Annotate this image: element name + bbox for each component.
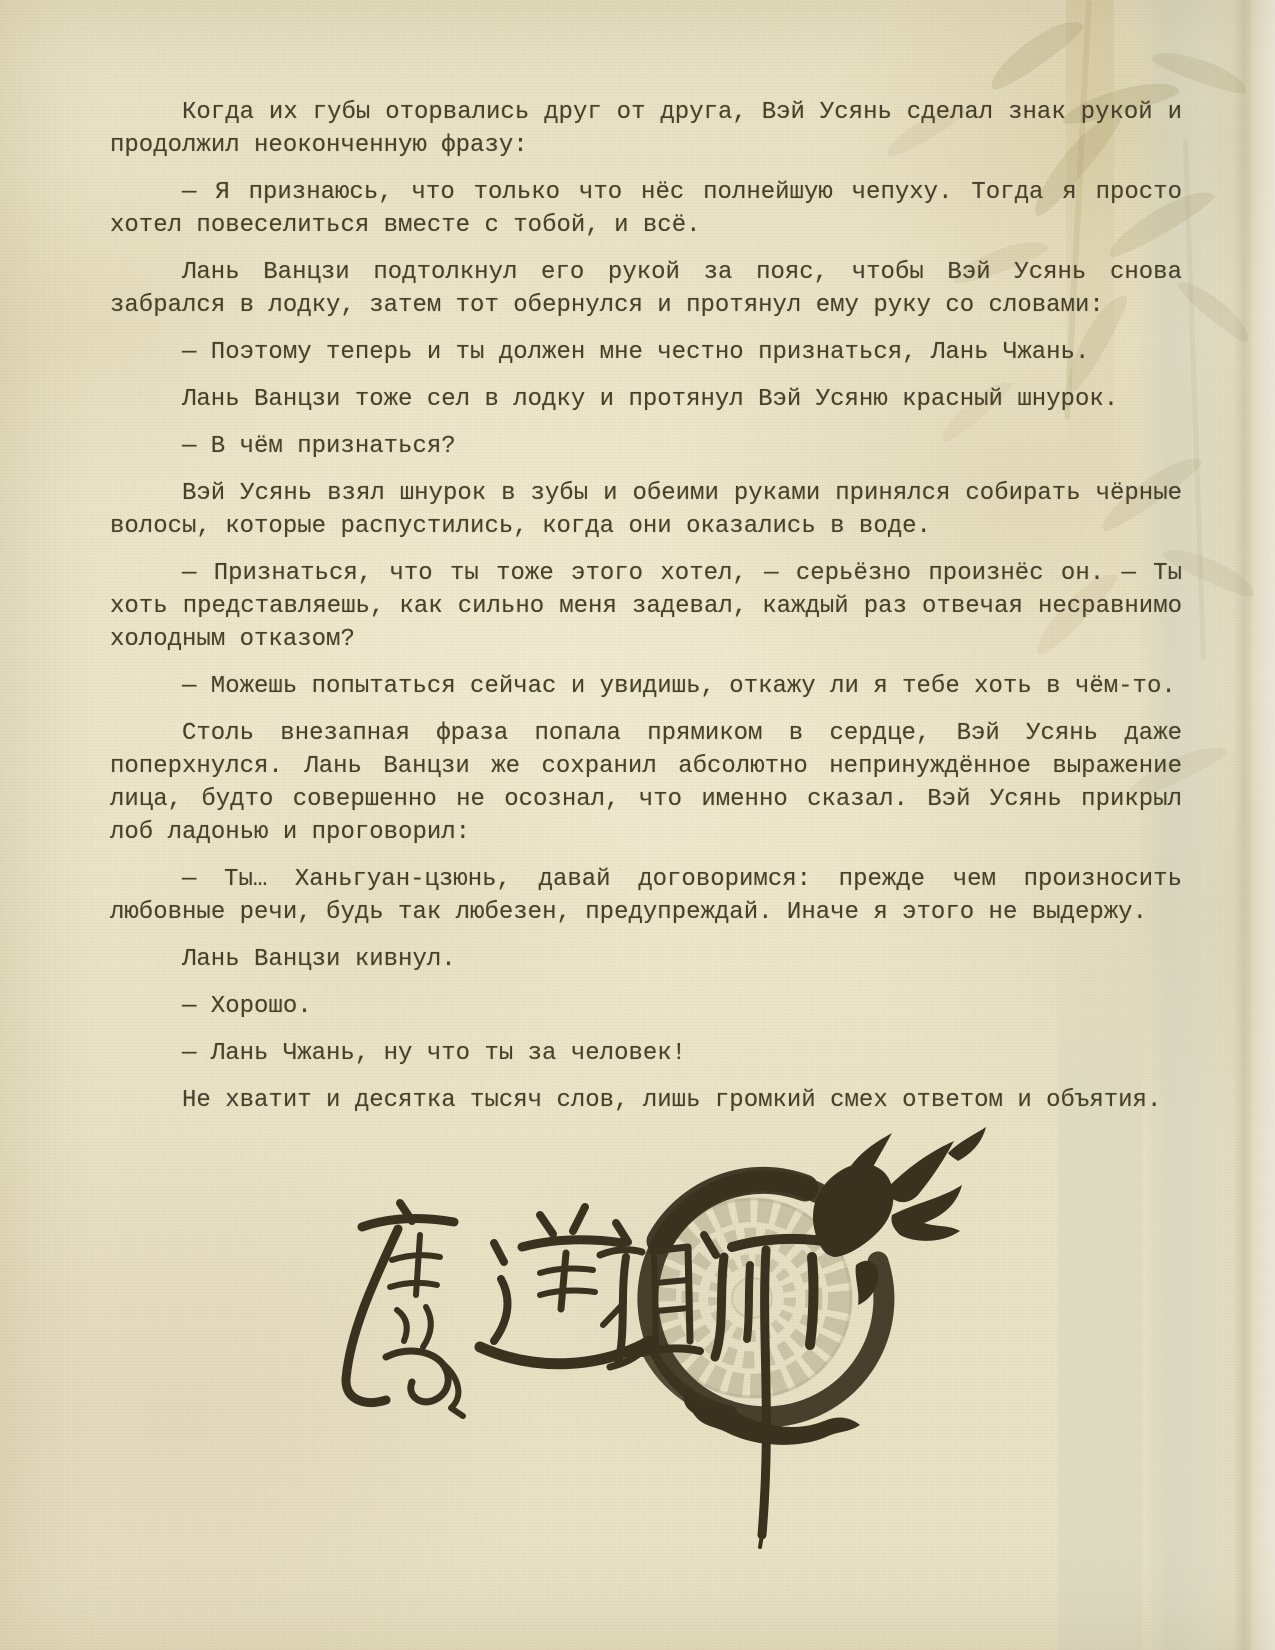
paragraph: — В чём признаться?: [110, 430, 1182, 463]
logo-artwork: [300, 1095, 1070, 1565]
paragraph: Столь внезапная фраза попала прямиком в …: [110, 717, 1182, 849]
paragraph: — Признаться, что ты тоже этого хотел, —…: [110, 557, 1182, 656]
paragraph: — Я признаюсь, что только что нёс полней…: [110, 176, 1182, 242]
paragraph: — Ты… Ханьгуан-цзюнь, давай договоримся:…: [110, 863, 1182, 929]
paragraph: — Хорошо.: [110, 990, 1182, 1023]
paragraph: — Можешь попытаться сейчас и увидишь, от…: [110, 670, 1182, 703]
paragraph: Лань Ванцзи тоже сел в лодку и протянул …: [110, 383, 1182, 416]
paragraph: Лань Ванцзи подтолкнул его рукой за пояс…: [110, 256, 1182, 322]
logo-calligraphy: 魔道祖师: [300, 1095, 1070, 1565]
paragraph: — Лань Чжань, ну что ты за человек!: [110, 1037, 1182, 1070]
mo-character: [346, 1203, 463, 1416]
paragraph: — Поэтому теперь и ты должен мне честно …: [110, 336, 1182, 369]
paragraph: Вэй Усянь взял шнурок в зубы и обеими ру…: [110, 477, 1182, 543]
paragraph: Когда их губы оторвались друг от друга, …: [110, 96, 1182, 162]
book-page: { "page": { "kind": "novel-page-scan", "…: [0, 0, 1275, 1650]
shi-character: [704, 1235, 836, 1547]
text-block: Когда их губы оторвались друг от друга, …: [110, 96, 1182, 1131]
paragraph: Лань Ванцзи кивнул.: [110, 943, 1182, 976]
